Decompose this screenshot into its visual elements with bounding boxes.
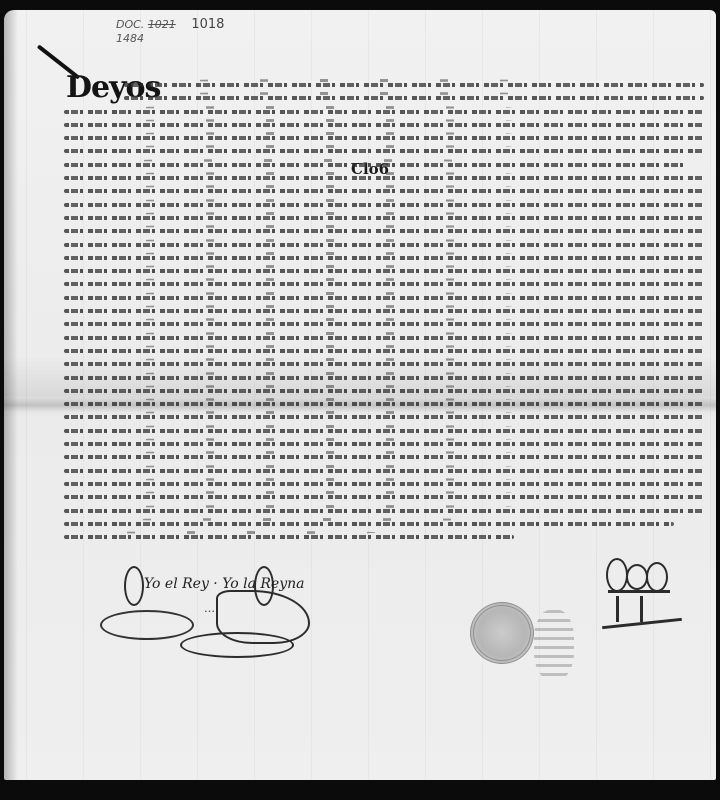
script-line — [64, 424, 704, 437]
notary-loop — [626, 564, 648, 590]
script-line — [64, 238, 704, 251]
faint-mark — [534, 610, 574, 680]
script-line — [64, 304, 704, 317]
notarial-sign — [602, 558, 688, 630]
annotation-struck-number: 1021 — [148, 18, 176, 31]
manuscript-sheet: DOC. 1021 1018 1484 Deyos Ꞇlo6 — [4, 10, 716, 780]
notary-bar — [616, 596, 619, 622]
script-line — [64, 131, 704, 144]
notary-bar — [640, 596, 643, 622]
annotation-number: 1018 — [191, 17, 224, 32]
script-line — [64, 277, 704, 290]
script-line — [64, 105, 704, 118]
signature-flourish — [216, 590, 310, 644]
script-line — [64, 530, 514, 543]
notary-loop — [646, 562, 668, 592]
annotation-second-line: 1484 — [116, 32, 144, 45]
seal-stamp — [470, 602, 534, 664]
script-line — [64, 317, 704, 330]
script-line — [64, 450, 704, 463]
script-line — [64, 464, 704, 477]
script-line — [64, 517, 674, 530]
script-line — [64, 264, 704, 277]
script-line — [64, 397, 704, 410]
script-line — [64, 158, 684, 171]
script-line — [64, 490, 704, 503]
annotation-prefix: DOC. — [116, 18, 144, 31]
script-line — [64, 118, 704, 131]
script-line — [64, 211, 704, 224]
script-line — [64, 224, 704, 237]
manuscript-body-text — [64, 78, 704, 543]
script-line — [64, 198, 704, 211]
script-line — [124, 91, 704, 104]
signature-flourish — [100, 610, 194, 640]
left-signature-sub: … — [204, 602, 215, 615]
script-line — [64, 184, 704, 197]
binding-shadow — [4, 10, 18, 780]
script-line — [64, 371, 704, 384]
script-line — [64, 384, 704, 397]
left-signature: Yo el Rey · Yo la Reyna — [144, 576, 304, 592]
script-line — [64, 251, 704, 264]
script-line — [64, 144, 704, 157]
script-line — [64, 504, 704, 517]
notary-bar — [608, 590, 670, 593]
script-line — [124, 78, 704, 91]
script-line — [64, 357, 704, 370]
archival-annotation: DOC. 1021 1018 1484 — [116, 18, 224, 46]
script-line — [64, 331, 704, 344]
script-line — [64, 344, 704, 357]
script-line — [64, 171, 704, 184]
notary-loop — [606, 558, 628, 592]
script-line — [64, 437, 704, 450]
script-line — [64, 291, 704, 304]
script-line — [64, 477, 704, 490]
signature-loop — [124, 566, 144, 606]
script-line — [64, 410, 704, 423]
